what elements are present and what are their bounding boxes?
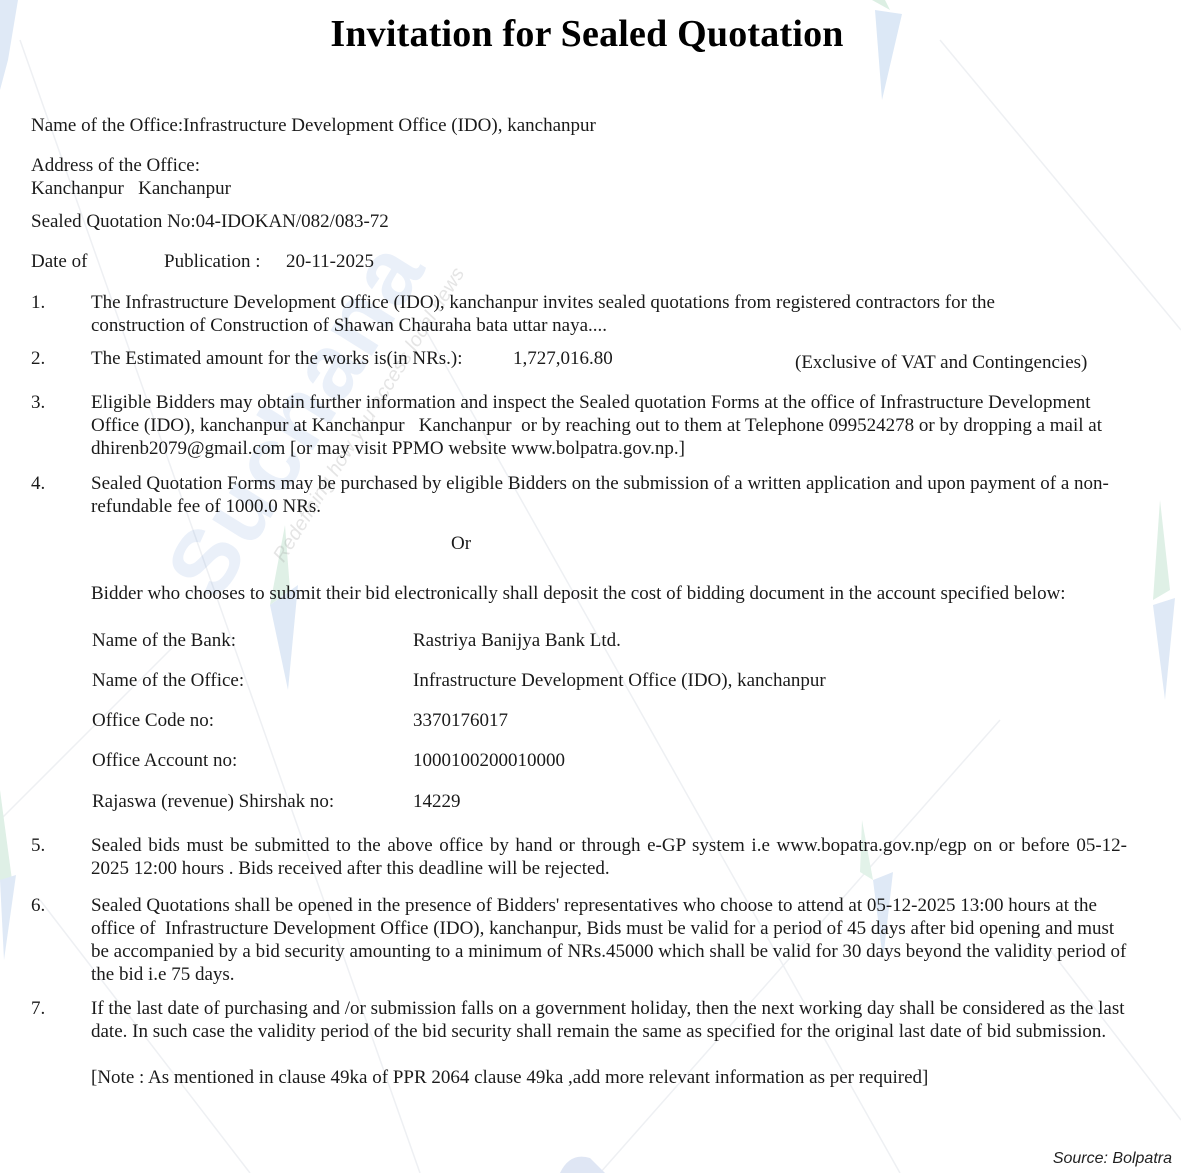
quotation-number: Sealed Quotation No:04-IDOKAN/082/083-72: [31, 210, 389, 233]
office-name-value: Infrastructure Development Office (IDO),…: [413, 669, 826, 692]
office-name-label: Name of the Office:: [92, 669, 244, 692]
office-account-label: Office Account no:: [92, 749, 237, 772]
date-label-2: Publication :: [164, 250, 261, 273]
revenue-shirshak-label: Rajaswa (revenue) Shirshak no:: [92, 790, 334, 813]
revenue-shirshak-value: 14229: [413, 790, 461, 813]
or-separator: Or: [451, 532, 471, 555]
clause-number: 6.: [31, 894, 45, 917]
date-label-1: Date of: [31, 250, 87, 273]
estimated-amount-note: (Exclusive of VAT and Contingencies): [795, 351, 1087, 374]
clause-number: 3.: [31, 391, 45, 414]
page-title: Invitation for Sealed Quotation: [0, 12, 1174, 56]
bank-name-label: Name of the Bank:: [92, 629, 236, 652]
estimated-amount-label: The Estimated amount for the works is(in…: [91, 347, 463, 370]
clause-text: Sealed bids must be submitted to the abo…: [91, 834, 1127, 880]
office-name-line: Name of the Office:Infrastructure Develo…: [31, 114, 596, 137]
office-account-value: 1000100200010000: [413, 749, 565, 772]
document: Invitation for Sealed Quotation Name of …: [0, 0, 1181, 1173]
estimated-amount: 1,727,016.80: [513, 347, 613, 370]
clause-text: If the last date of purchasing and /or s…: [91, 997, 1131, 1043]
clause-number: 4.: [31, 472, 45, 495]
clause-text: Eligible Bidders may obtain further info…: [91, 391, 1131, 460]
address-label: Address of the Office:: [31, 154, 200, 177]
bank-name-value: Rastriya Banijya Bank Ltd.: [413, 629, 621, 652]
publication-date: 20-11-2025: [286, 250, 374, 273]
clause-number: 2.: [31, 347, 45, 370]
source-credit: Source: Bolpatra: [1053, 1150, 1172, 1168]
clause-number: 7.: [31, 997, 45, 1020]
clause-number: 5.: [31, 834, 45, 857]
clause-text: Sealed Quotations shall be opened in the…: [91, 894, 1131, 986]
clause-text: Sealed Quotation Forms may be purchased …: [91, 472, 1131, 518]
electronic-deposit-text: Bidder who chooses to submit their bid e…: [91, 582, 1066, 605]
clause-note: [Note : As mentioned in clause 49ka of P…: [91, 1066, 928, 1089]
clause-text: The Infrastructure Development Office (I…: [91, 291, 1081, 337]
clause-number: 1.: [31, 291, 45, 314]
office-code-label: Office Code no:: [92, 709, 214, 732]
office-code-value: 3370176017: [413, 709, 508, 732]
address-value: Kanchanpur Kanchanpur: [31, 177, 231, 200]
